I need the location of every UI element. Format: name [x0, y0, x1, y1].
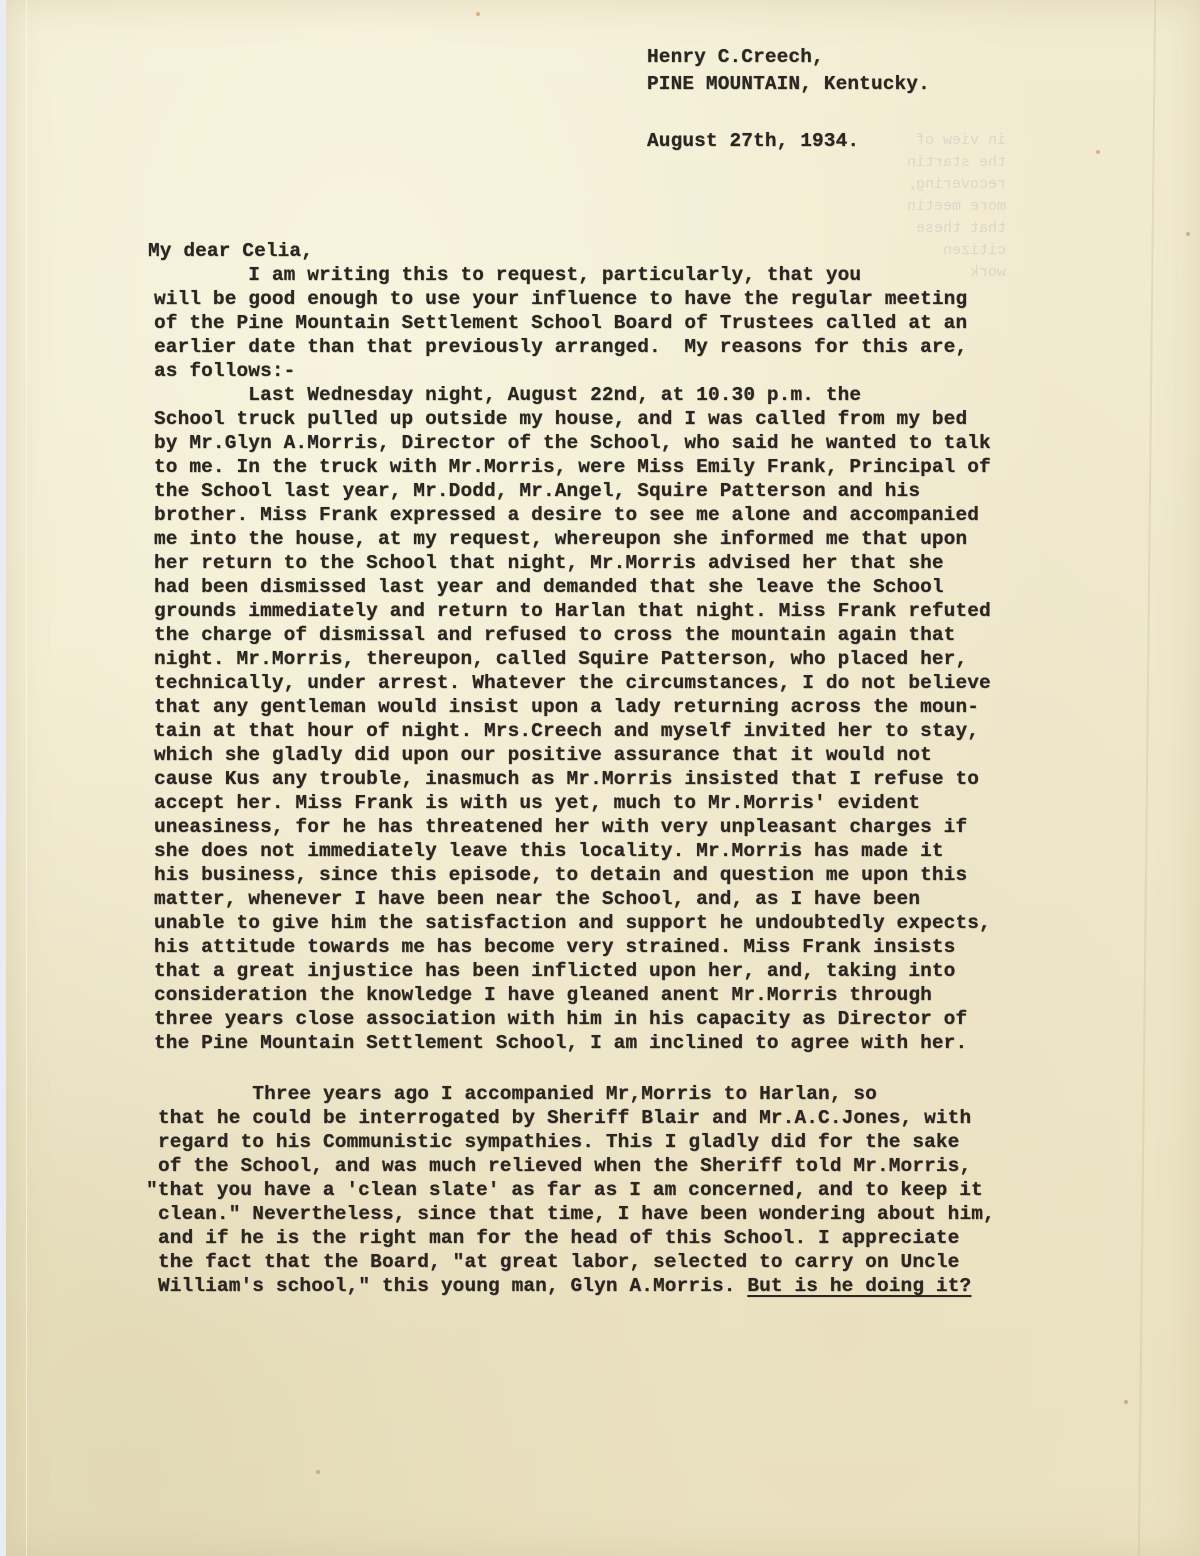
salutation: My dear Celia,: [148, 240, 313, 262]
body-line: the Pine Mountain Settlement School, I a…: [154, 1032, 967, 1054]
body-line: will be good enough to use your influenc…: [154, 288, 967, 310]
body-line: the fact that the Board, "at great labor…: [158, 1251, 959, 1273]
body-line: cause Kus any trouble, inasmuch as Mr.Mo…: [154, 768, 979, 790]
stain-spot: [1096, 150, 1100, 154]
body-line: which she gladly did upon our positive a…: [154, 744, 932, 766]
body-line-last: William's school," this young man, Glyn …: [158, 1275, 971, 1297]
body-line: I am writing this to request, particular…: [154, 264, 861, 286]
underlined-question: But is he doing it?: [747, 1275, 971, 1297]
body-line: that a great injustice has been inflicte…: [154, 960, 955, 982]
paper-fold: [1138, 0, 1156, 1556]
body-line: uneasiness, for he has threatened her wi…: [154, 816, 967, 838]
body-line: night. Mr.Morris, thereupon, called Squi…: [154, 648, 967, 670]
body-line: she does not immediately leave this loca…: [154, 840, 944, 862]
body-line: as follows:-: [154, 360, 295, 382]
body-line: Last Wednesday night, August 22nd, at 10…: [154, 384, 861, 406]
body-line: "that you have a 'clean slate' as far as…: [146, 1179, 983, 1201]
stain-spot: [1186, 232, 1190, 236]
letter-date: August 27th, 1934.: [647, 130, 859, 152]
body-line: and if he is the right man for the head …: [158, 1227, 959, 1249]
body-line: three years close association with him i…: [154, 1008, 967, 1030]
body-line-text: William's school," this young man, Glyn …: [158, 1275, 747, 1297]
body-line: brother. Miss Frank expressed a desire t…: [154, 504, 979, 526]
body-line: of the Pine Mountain Settlement School B…: [154, 312, 967, 334]
stain-spot: [1124, 1400, 1128, 1404]
body-line: matter, whenever I have been near the Sc…: [154, 888, 920, 910]
body-line: accept her. Miss Frank is with us yet, m…: [154, 792, 920, 814]
body-line: the charge of dismissal and refused to c…: [154, 624, 955, 646]
body-line: that he could be interrogated by Sheriff…: [158, 1107, 971, 1129]
body-line: of the School, and was much relieved whe…: [158, 1155, 971, 1177]
body-line: had been dismissed last year and demande…: [154, 576, 944, 598]
body-line: that any gentleman would insist upon a l…: [154, 696, 979, 718]
body-line: by Mr.Glyn A.Morris, Director of the Sch…: [154, 432, 991, 454]
body-line: the School last year, Mr.Dodd, Mr.Angel,…: [154, 480, 920, 502]
body-line: Three years ago I accompanied Mr,Morris …: [158, 1083, 877, 1105]
sender-name: Henry C.Creech,: [647, 46, 824, 68]
body-line: unable to give him the satisfaction and …: [154, 912, 991, 934]
body-line: School truck pulled up outside my house,…: [154, 408, 967, 430]
sender-address: PINE MOUNTAIN, Kentucky.: [647, 73, 930, 95]
body-line: technically, under arrest. Whatever the …: [154, 672, 991, 694]
body-line: clean." Nevertheless, since that time, I…: [158, 1203, 995, 1225]
body-line: her return to the School that night, Mr.…: [154, 552, 944, 574]
stain-spot: [476, 12, 480, 16]
body-line: me into the house, at my request, whereu…: [154, 528, 967, 550]
stain-spot: [316, 1470, 320, 1474]
body-line: regard to his Communistic sympathies. Th…: [158, 1131, 959, 1153]
paper-edge: [26, 0, 27, 1556]
body-line: consideration the knowledge I have glean…: [154, 984, 932, 1006]
body-line: earlier date than that previously arrang…: [154, 336, 967, 358]
body-line: to me. In the truck with Mr.Morris, were…: [154, 456, 991, 478]
body-line: his attitude towards me has become very …: [154, 936, 955, 958]
body-line: his business, since this episode, to det…: [154, 864, 967, 886]
body-line: grounds immediately and return to Harlan…: [154, 600, 991, 622]
letter-page: in view of the starting recovering, and …: [6, 0, 1200, 1556]
body-line: tain at that hour of night. Mrs.Creech a…: [154, 720, 979, 742]
